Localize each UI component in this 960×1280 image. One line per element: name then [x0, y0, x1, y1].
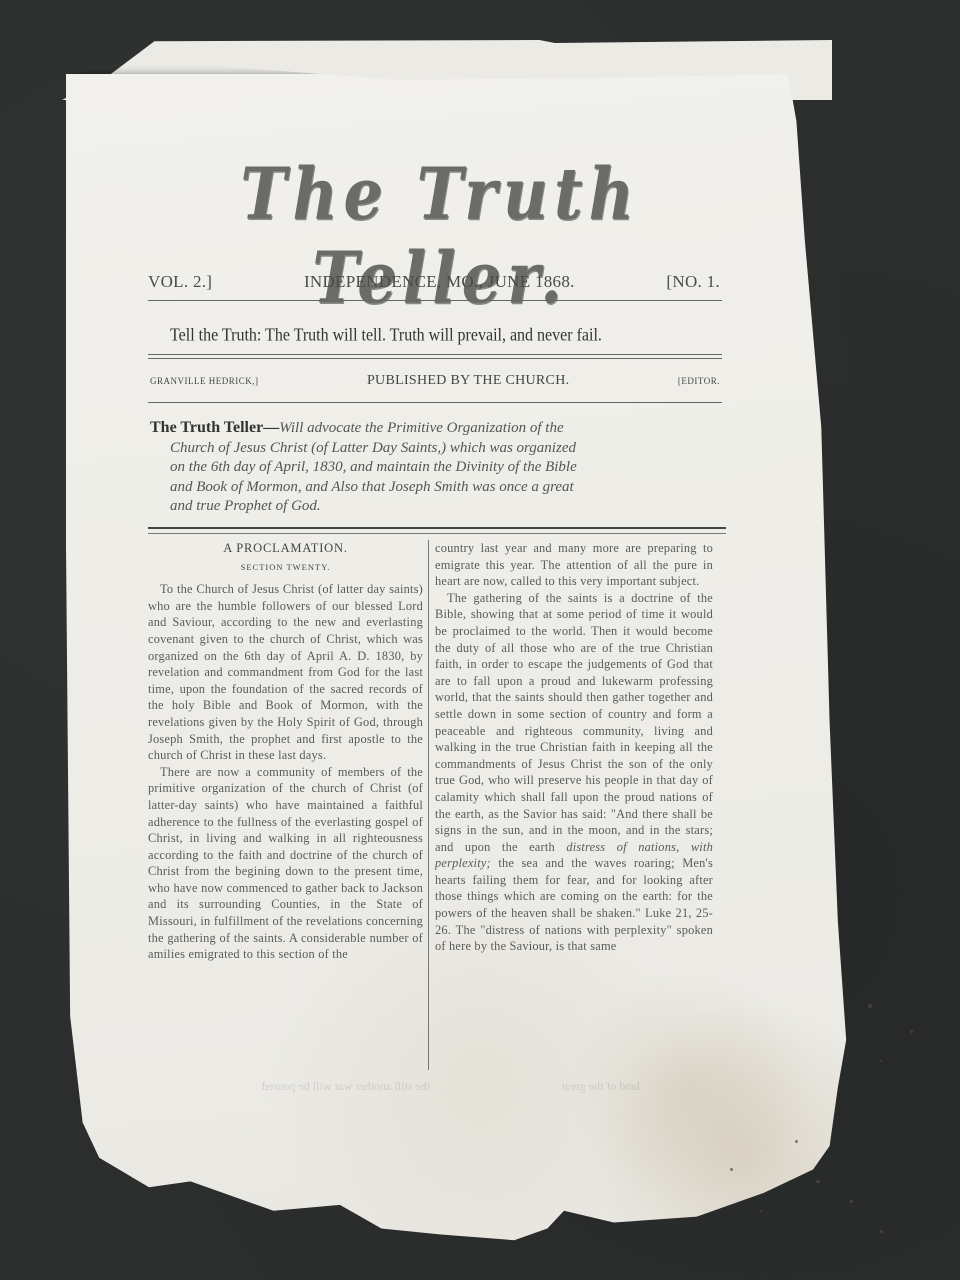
divider-rule	[148, 354, 722, 355]
editor-name: GRANVILLE HEDRICK,]	[150, 376, 259, 386]
article-paragraph: The gathering of the saints is a doctrin…	[435, 590, 713, 955]
divider-rule	[148, 300, 722, 301]
stain-speck	[868, 1004, 872, 1008]
mission-line: on the 6th day of April, 1830, and maint…	[150, 458, 712, 478]
article-title: A PROCLAMATION.	[148, 540, 423, 557]
article-paragraph: There are now a community of members of …	[148, 764, 423, 963]
stain-speck	[850, 1200, 853, 1203]
volume-label: VOL. 2.]	[148, 272, 212, 292]
article-subtitle: SECTION TWENTY.	[148, 559, 423, 576]
stain-speck	[760, 1210, 762, 1212]
column-divider	[428, 540, 429, 1070]
article-text: the sea and the waves roaring; Men's hea…	[435, 856, 713, 953]
stain-speck	[730, 1168, 733, 1171]
stain-speck	[880, 1060, 882, 1062]
stain-speck	[795, 1140, 798, 1143]
dateline-row: VOL. 2.] INDEPENDENCE, MO., JUNE 1868. […	[148, 272, 720, 292]
mission-line: Church of Jesus Christ (of Latter Day Sa…	[150, 439, 712, 459]
issue-date: INDEPENDENCE, MO., JUNE 1868.	[304, 272, 575, 292]
stain-speck	[880, 1230, 883, 1233]
article-column-left: A PROCLAMATION. SECTION TWENTY. To the C…	[148, 540, 423, 963]
publisher-row: GRANVILLE HEDRICK,] PUBLISHED BY THE CHU…	[150, 373, 720, 389]
mission-line: Will advocate the Primitive Organization…	[279, 420, 563, 436]
motto: Tell the Truth: The Truth will tell. Tru…	[170, 326, 720, 346]
article-column-right: country last year and many more are prep…	[435, 540, 713, 955]
article-paragraph: To the Church of Jesus Christ (of latter…	[148, 581, 423, 764]
publisher-line: PUBLISHED BY THE CHURCH.	[367, 373, 569, 389]
divider-rule	[148, 358, 722, 359]
stain-speck	[910, 1030, 913, 1033]
mission-statement: The Truth Teller—Will advocate the Primi…	[150, 418, 712, 517]
divider-rule	[148, 402, 722, 403]
section-double-rule	[148, 527, 726, 534]
mission-lead: The Truth Teller—	[150, 419, 279, 436]
article-paragraph: country last year and many more are prep…	[435, 540, 713, 590]
editor-label: [EDITOR.	[678, 376, 720, 386]
masthead-title: The Truth Teller.	[160, 152, 720, 320]
mission-line: and true Prophet of God.	[150, 497, 712, 517]
article-text: The gathering of the saints is a doctrin…	[435, 591, 713, 854]
mission-line: and Book of Mormon, and Also that Joseph…	[150, 478, 712, 498]
issue-number: [NO. 1.	[666, 272, 720, 292]
stain-speck	[816, 1180, 820, 1183]
